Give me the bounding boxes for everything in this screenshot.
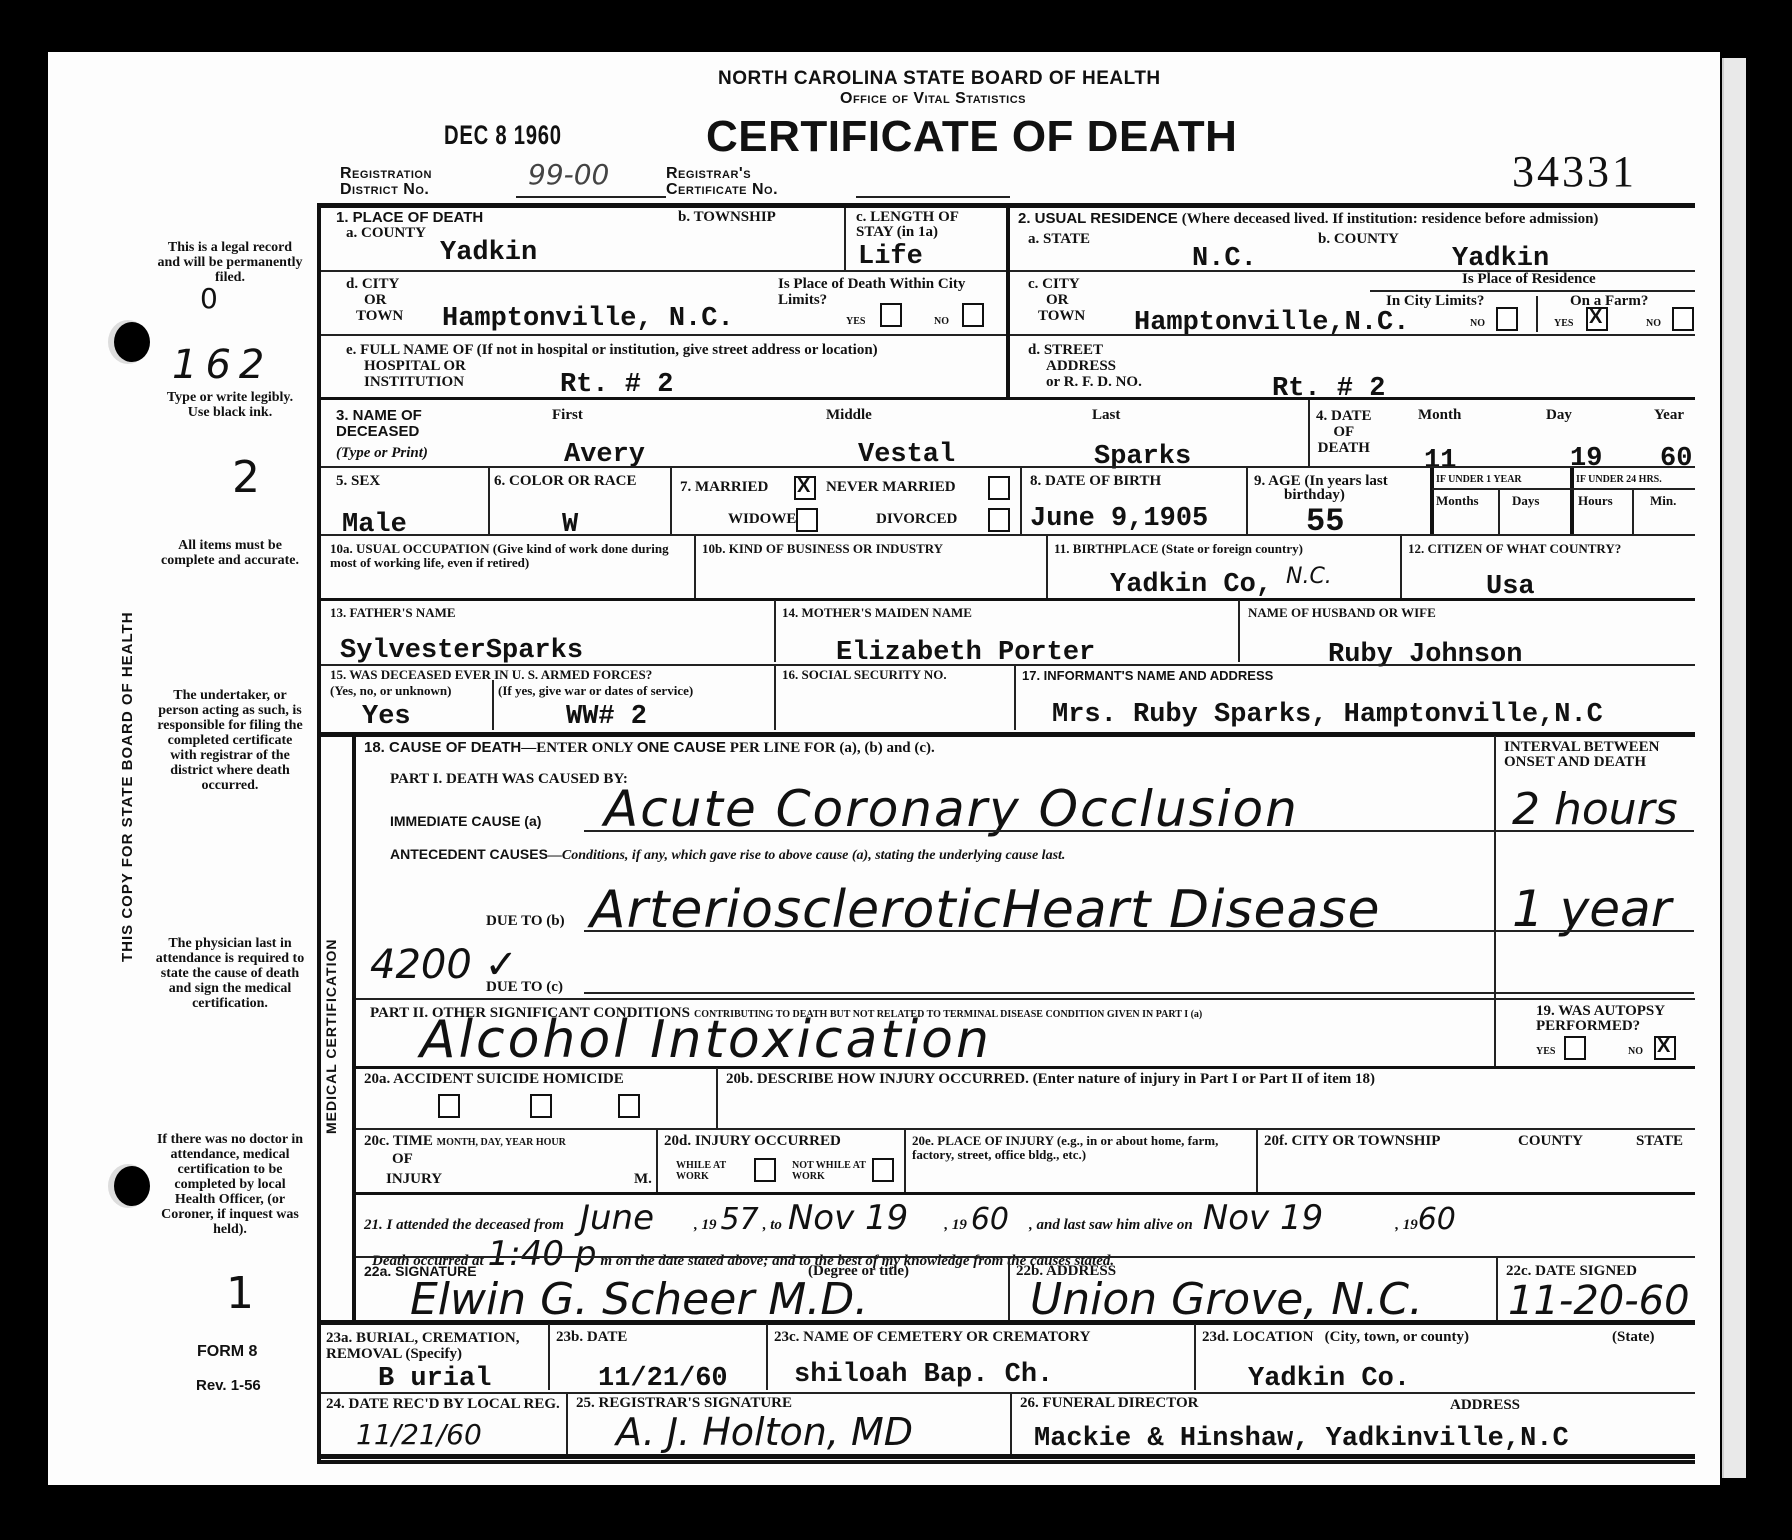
dod-year-label: Year bbox=[1654, 408, 1684, 423]
row-divider bbox=[321, 334, 1006, 336]
divorced-checkbox[interactable] bbox=[988, 508, 1010, 532]
col-divider bbox=[488, 468, 490, 534]
married-checkbox[interactable] bbox=[794, 476, 816, 500]
under-1yr-label: IF UNDER 1 YEAR bbox=[1436, 474, 1522, 485]
widowed-checkbox[interactable] bbox=[796, 508, 818, 532]
months-label: Months bbox=[1436, 494, 1479, 508]
registrar-signature-label: 25. REGISTRAR'S SIGNATURE bbox=[576, 1396, 792, 1411]
row-divider bbox=[356, 1128, 1695, 1130]
col-divider bbox=[1430, 468, 1434, 534]
dod-day-value: 19 bbox=[1570, 446, 1602, 473]
death-city-value: Hamptonville, N.C. bbox=[442, 306, 734, 333]
registration-district-label: Registration District No. bbox=[340, 166, 432, 198]
township-label: b. TOWNSHIP bbox=[678, 210, 776, 225]
date-signed-value: 11-20-60 bbox=[1508, 1278, 1690, 1324]
dob-label: 8. DATE OF BIRTH bbox=[1030, 474, 1161, 489]
punch-hole bbox=[114, 322, 150, 362]
immediate-cause-label: IMMEDIATE CAUSE (a) bbox=[390, 814, 541, 829]
row-divider bbox=[1370, 290, 1695, 292]
armed-forces-sub-label: (Yes, no, or unknown) bbox=[330, 684, 452, 698]
hand-mark-1: 1 bbox=[226, 1268, 254, 1319]
birthplace-label: 11. BIRTHPLACE (State or foreign country… bbox=[1054, 542, 1303, 556]
birthplace-handwritten: N.C. bbox=[1286, 564, 1332, 589]
within-limits-no-checkbox[interactable] bbox=[962, 303, 984, 327]
in-city-no-label: NO bbox=[1470, 318, 1485, 329]
usual-residence-note: (Where deceased lived. If institution: r… bbox=[1182, 211, 1599, 227]
certificate-number: 34331 bbox=[1512, 146, 1637, 197]
row-divider bbox=[356, 1066, 1695, 1069]
on-farm-yes-checkbox[interactable] bbox=[1586, 307, 1608, 331]
physician-address-value: Union Grove, N.C. bbox=[1030, 1274, 1423, 1325]
col-divider bbox=[1498, 490, 1500, 534]
col-divider bbox=[1046, 536, 1048, 598]
injury-time-label-3: OF bbox=[392, 1152, 413, 1167]
cemetery-value: shiloah Bap. Ch. bbox=[794, 1362, 1053, 1389]
birthplace-value: Yadkin Co, bbox=[1110, 572, 1272, 599]
on-farm-no-checkbox[interactable] bbox=[1672, 307, 1694, 331]
age-label-2: birthday) bbox=[1254, 488, 1388, 502]
note-no-doctor: If there was no doctor in attendance, me… bbox=[155, 1132, 305, 1237]
county-label: a. COUNTY bbox=[346, 226, 426, 241]
race-label: 6. COLOR OR RACE bbox=[494, 474, 637, 489]
attended-text-6: , 19 bbox=[1395, 1217, 1418, 1233]
not-while-at-work-checkbox[interactable] bbox=[872, 1158, 894, 1182]
length-of-stay-value: Life bbox=[858, 244, 923, 271]
burial-location-value: Yadkin Co. bbox=[1248, 1366, 1410, 1393]
due-to-b-label: DUE TO (b) bbox=[486, 914, 565, 929]
never-married-label: NEVER MARRIED bbox=[826, 480, 956, 495]
immediate-cause-line bbox=[584, 830, 1694, 832]
due-to-b-line bbox=[584, 930, 1694, 932]
registrar-cert-underline bbox=[856, 196, 1010, 198]
attended-text-4: , 19 bbox=[944, 1217, 967, 1233]
injury-time-label-2: MONTH, DAY, YEAR HOUR bbox=[437, 1137, 566, 1148]
first-name-value: Avery bbox=[564, 442, 645, 469]
cause-header-c: ONE CAUSE bbox=[637, 739, 726, 756]
first-name-label: First bbox=[552, 408, 583, 423]
never-married-checkbox[interactable] bbox=[988, 476, 1010, 500]
col-divider bbox=[1014, 666, 1016, 730]
institution-value: Rt. # 2 bbox=[560, 372, 673, 399]
funeral-director-value: Mackie & Hinshaw, Yadkinville,N.C bbox=[1034, 1426, 1569, 1453]
col-divider bbox=[1496, 1258, 1498, 1320]
injury-occurred-label: 20d. INJURY OCCURRED bbox=[664, 1134, 841, 1149]
row-divider bbox=[1432, 488, 1695, 490]
received-date-stamp: DEC 8 1960 bbox=[444, 120, 562, 151]
autopsy-yes-label: YES bbox=[1536, 1046, 1555, 1057]
interval-label: INTERVAL BETWEEN ONSET AND DEATH bbox=[1504, 740, 1694, 770]
date-received-label: 24. DATE REC'D BY LOCAL REG. bbox=[326, 1396, 564, 1412]
col-divider bbox=[1238, 600, 1240, 662]
row-divider-thick bbox=[317, 397, 1695, 400]
under-24hr-label: IF UNDER 24 HRS. bbox=[1576, 474, 1662, 485]
street-label-1: d. STREET bbox=[1028, 342, 1142, 358]
burial-location-note: (City, town, or county) bbox=[1325, 1329, 1469, 1345]
attended-text-1: 21. I attended the deceased from bbox=[364, 1217, 564, 1233]
mother-value: Elizabeth Porter bbox=[836, 640, 1095, 667]
informant-value: Mrs. Ruby Sparks, Hamptonville,N.C bbox=[1052, 702, 1603, 729]
within-limits-no-label: NO bbox=[934, 316, 949, 327]
injury-place-label: 20e. PLACE OF INJURY (e.g., in or about … bbox=[912, 1134, 1242, 1162]
suicide-checkbox[interactable] bbox=[530, 1094, 552, 1118]
age-value: 55 bbox=[1306, 508, 1344, 535]
ssn-label: 16. SOCIAL SECURITY NO. bbox=[782, 668, 947, 682]
residence-city-value: Hamptonville,N.C. bbox=[1134, 310, 1409, 337]
medical-section-bottom bbox=[317, 1320, 1695, 1325]
institution-label-1: e. FULL NAME OF (If not in hospital or i… bbox=[346, 342, 878, 358]
attended-to-value: Nov 19 bbox=[782, 1198, 944, 1238]
autopsy-label: 19. WAS AUTOPSY PERFORMED? bbox=[1536, 1004, 1686, 1034]
part2-value: Alcohol Intoxication bbox=[420, 1010, 992, 1070]
immediate-interval-value: 2 hours bbox=[1512, 784, 1678, 835]
medical-section-top bbox=[317, 732, 1695, 737]
city-label-1: d. CITY bbox=[346, 276, 403, 292]
dod-divider bbox=[1308, 400, 1310, 466]
interval-column-divider bbox=[1494, 736, 1496, 1036]
date-received-value: 11/21/60 bbox=[356, 1418, 482, 1451]
middle-name-value: Vestal bbox=[858, 442, 955, 469]
res-city-label-1: c. CITY bbox=[1028, 276, 1085, 292]
col-divider bbox=[1400, 536, 1402, 598]
type-or-print-label: (Type or Print) bbox=[336, 446, 428, 461]
registrar-cert-label-line1: Registrar's bbox=[666, 166, 778, 182]
while-at-work-checkbox[interactable] bbox=[754, 1158, 776, 1182]
death-county-value: Yadkin bbox=[440, 240, 537, 267]
dod-year-value: 60 bbox=[1660, 446, 1692, 473]
cause-header-a: 18. CAUSE OF DEATH bbox=[364, 739, 521, 756]
page-title: CERTIFICATE OF DEATH bbox=[706, 112, 1237, 162]
note-physician: The physician last in attendance is requ… bbox=[155, 936, 305, 1011]
col-divider bbox=[1020, 468, 1022, 534]
res-city-label-3: TOWN bbox=[1028, 308, 1085, 324]
attended-from-value: June bbox=[564, 1198, 694, 1238]
dod-month-value: 11 bbox=[1424, 448, 1456, 475]
col-divider bbox=[492, 680, 494, 730]
father-label: 13. FATHER'S NAME bbox=[330, 606, 456, 620]
registrar-cert-label-line2: Certificate No. bbox=[666, 182, 778, 198]
father-value: SylvesterSparks bbox=[340, 638, 583, 665]
due-to-c-label: DUE TO (c) bbox=[486, 980, 563, 995]
col-divider bbox=[774, 600, 776, 662]
divorced-label: DIVORCED bbox=[876, 512, 957, 527]
injury-type-label: 20a. ACCIDENT SUICIDE HOMICIDE bbox=[364, 1072, 624, 1087]
injury-county-label: COUNTY bbox=[1518, 1134, 1583, 1149]
hand-mark-0: 0 bbox=[200, 282, 218, 315]
row-divider bbox=[321, 534, 1695, 536]
registration-underline bbox=[516, 196, 666, 198]
burial-date-label: 23b. DATE bbox=[556, 1330, 627, 1345]
row-divider bbox=[321, 466, 1695, 468]
hand-mark-162: 162 bbox=[172, 342, 272, 388]
medical-band-divider bbox=[352, 732, 356, 1322]
dod-label-2: OF bbox=[1316, 424, 1372, 440]
row-divider bbox=[1010, 334, 1695, 336]
sex-label: 5. SEX bbox=[336, 474, 380, 489]
dod-day-label: Day bbox=[1546, 408, 1572, 423]
agency-name: NORTH CAROLINA STATE BOARD OF HEALTH bbox=[718, 68, 1161, 90]
place-of-residence-label: Is Place of Residence bbox=[1462, 272, 1596, 287]
mother-label: 14. MOTHER'S MAIDEN NAME bbox=[782, 606, 972, 620]
injury-time-m-label: M. bbox=[634, 1172, 652, 1187]
row-divider bbox=[356, 1256, 1695, 1258]
antecedent-note: —Conditions, if any, which gave rise to … bbox=[548, 848, 1066, 863]
on-farm-no-label: NO bbox=[1646, 318, 1661, 329]
attended-text-2: , 19 bbox=[694, 1217, 717, 1233]
residence-county-value: Yadkin bbox=[1452, 246, 1549, 273]
autopsy-yes-checkbox[interactable] bbox=[1564, 1036, 1586, 1060]
note-all-items: All items must be complete and accurate. bbox=[155, 538, 305, 568]
col-divider bbox=[1256, 1130, 1258, 1192]
medical-certification-label: MEDICAL CERTIFICATION bbox=[324, 939, 339, 1134]
registrar-cert-label: Registrar's Certificate No. bbox=[666, 166, 778, 198]
street-label-3: or R. F. D. NO. bbox=[1028, 374, 1142, 390]
citizen-value: Usa bbox=[1486, 574, 1535, 601]
residence-state-label: a. STATE bbox=[1028, 232, 1090, 247]
antecedent-label: ANTECEDENT CAUSES bbox=[390, 846, 548, 862]
age-label-1: 9. AGE (In years last bbox=[1254, 474, 1388, 488]
col-divider bbox=[774, 666, 776, 730]
death-time-value: 1:40 p bbox=[484, 1234, 601, 1274]
vertical-copy-label: THIS COPY FOR STATE BOARD OF HEALTH bbox=[120, 611, 135, 962]
office-name: Office of Vital Statistics bbox=[840, 90, 1026, 108]
industry-label: 10b. KIND OF BUSINESS OR INDUSTRY bbox=[702, 542, 943, 556]
farm-divider bbox=[1536, 296, 1538, 332]
war-service-label: (If yes, give war or dates of service) bbox=[498, 684, 693, 698]
col-divider bbox=[1010, 1394, 1012, 1456]
within-limits-yes-label: YES bbox=[846, 316, 865, 327]
col-divider bbox=[656, 1130, 658, 1192]
res-city-label-2: OR bbox=[1028, 292, 1085, 308]
burial-state-label: (State) bbox=[1612, 1330, 1654, 1345]
col-divider bbox=[766, 1324, 768, 1390]
residence-street-value: Rt. # 2 bbox=[1272, 376, 1385, 403]
hours-label: Hours bbox=[1578, 494, 1613, 508]
registration-label-line1: Registration bbox=[340, 166, 432, 182]
in-city-no-checkbox[interactable] bbox=[1496, 307, 1518, 331]
injury-time-label-1: 20c. TIME bbox=[364, 1133, 433, 1149]
burial-date-value: 11/21/60 bbox=[598, 1366, 728, 1393]
form-bottom-border bbox=[317, 1454, 1695, 1459]
while-at-work-label: WHILE AT WORK bbox=[676, 1160, 750, 1182]
injury-how-label: 20b. DESCRIBE HOW INJURY OCCURRED. (Ente… bbox=[726, 1072, 1375, 1087]
form-revision: Rev. 1-56 bbox=[196, 1378, 261, 1393]
informant-label: 17. INFORMANT'S NAME AND ADDRESS bbox=[1022, 668, 1273, 683]
attended-text-5: , and last saw him alive on bbox=[1029, 1217, 1193, 1233]
injury-city-label: 20f. CITY OR TOWNSHIP bbox=[1264, 1134, 1440, 1149]
last-seen-value: Nov 19 bbox=[1193, 1198, 1395, 1238]
note-type-legibly: Type or write legibly. Use black ink. bbox=[155, 390, 305, 420]
citizen-label: 12. CITIZEN OF WHAT COUNTRY? bbox=[1408, 542, 1621, 556]
attended-text-3: , to bbox=[763, 1217, 782, 1233]
last-seen-year-value: 60 bbox=[1418, 1202, 1456, 1237]
on-farm-label: On a Farm? bbox=[1570, 294, 1648, 309]
col-divider bbox=[1632, 490, 1634, 534]
within-limits-yes-checkbox[interactable] bbox=[880, 303, 902, 327]
registration-district-value: 99-00 bbox=[528, 158, 609, 191]
stay-label-1: c. LENGTH OF bbox=[856, 210, 959, 225]
burial-method-value: B urial bbox=[378, 1366, 491, 1393]
autopsy-no-label: NO bbox=[1628, 1046, 1643, 1057]
in-city-limits-label: In City Limits? bbox=[1386, 294, 1484, 309]
township-stay-divider bbox=[844, 208, 846, 270]
cemetery-label: 23c. NAME OF CEMETERY OR CREMATORY bbox=[774, 1330, 1090, 1345]
funeral-director-label: 26. FUNERAL DIRECTOR bbox=[1020, 1396, 1199, 1411]
col-divider bbox=[1194, 1324, 1196, 1390]
col-divider bbox=[548, 1324, 550, 1390]
note-undertaker: The undertaker, or person acting as such… bbox=[155, 688, 305, 793]
not-while-at-work-label: NOT WHILE AT WORK bbox=[792, 1160, 872, 1182]
middle-name-label: Middle bbox=[826, 408, 872, 423]
row-divider bbox=[321, 664, 1695, 666]
autopsy-divider bbox=[1494, 1000, 1496, 1068]
physician-signature: Elwin G. Scheer M.D. bbox=[410, 1274, 868, 1325]
min-label: Min. bbox=[1650, 494, 1676, 508]
name-label-1: 3. NAME OF bbox=[336, 408, 422, 424]
form-number: FORM 8 bbox=[197, 1344, 257, 1359]
dob-value: June 9,1905 bbox=[1030, 506, 1208, 533]
paper-stack-edge bbox=[1722, 58, 1746, 1478]
col-divider bbox=[716, 1068, 718, 1130]
usual-residence-label: 2. USUAL RESIDENCE bbox=[1018, 210, 1178, 227]
cause-header-d: PER LINE FOR (a), (b) and (c). bbox=[726, 740, 935, 756]
attended-to-year-value: 60 bbox=[967, 1202, 1029, 1237]
city-label-3: TOWN bbox=[346, 308, 403, 324]
part1-label: PART I. DEATH WAS CAUSED BY: bbox=[390, 772, 628, 787]
punch-hole bbox=[114, 1166, 150, 1206]
cause-header-b: —ENTER ONLY bbox=[521, 740, 637, 756]
row-divider bbox=[321, 1392, 1695, 1394]
name-label-2: DECEASED bbox=[336, 424, 422, 440]
funeral-address-label: ADDRESS bbox=[1450, 1398, 1520, 1413]
col-divider bbox=[1246, 468, 1248, 534]
col-divider bbox=[670, 468, 672, 534]
residence-state-value: N.C. bbox=[1192, 246, 1257, 273]
accident-checkbox[interactable] bbox=[438, 1094, 460, 1118]
married-label: 7. MARRIED bbox=[680, 480, 768, 495]
stay-label-2: STAY (in 1a) bbox=[856, 225, 959, 240]
col-divider bbox=[1008, 1258, 1010, 1320]
last-name-label: Last bbox=[1092, 408, 1120, 423]
col-divider bbox=[1570, 468, 1574, 534]
dod-label-3: DEATH bbox=[1316, 440, 1372, 456]
col-divider bbox=[566, 1394, 568, 1456]
row-divider bbox=[321, 598, 1695, 601]
registration-label-line2: District No. bbox=[340, 182, 432, 198]
col-divider bbox=[904, 1130, 906, 1192]
injury-state-label: STATE bbox=[1636, 1134, 1683, 1149]
hand-mark-2: 2 bbox=[232, 452, 260, 503]
dod-month-label: Month bbox=[1418, 408, 1461, 423]
burial-method-label: 23a. BURIAL, CREMATION, REMOVAL (Specify… bbox=[326, 1330, 548, 1362]
date-signed-label: 22c. DATE SIGNED bbox=[1506, 1264, 1637, 1279]
dod-label-1: 4. DATE bbox=[1316, 408, 1372, 424]
city-label-2: OR bbox=[346, 292, 403, 308]
spouse-label: NAME OF HUSBAND OR WIFE bbox=[1248, 606, 1436, 620]
armed-forces-value: Yes bbox=[362, 704, 411, 731]
autopsy-no-checkbox[interactable] bbox=[1654, 1036, 1676, 1060]
homicide-checkbox[interactable] bbox=[618, 1094, 640, 1118]
registrar-signature: A. J. Holton, MD bbox=[616, 1410, 913, 1454]
due-to-c-line bbox=[584, 992, 1694, 994]
section-1-2-divider bbox=[1006, 203, 1010, 400]
note-legal-record: This is a legal record and will be perma… bbox=[155, 240, 305, 285]
occupation-label: 10a. USUAL OCCUPATION (Give kind of work… bbox=[330, 542, 688, 570]
attended-from-year-value: 57 bbox=[717, 1202, 763, 1237]
place-of-death-label: 1. PLACE OF DEATH bbox=[336, 210, 483, 225]
on-farm-yes-label: YES bbox=[1554, 318, 1573, 329]
col-divider bbox=[694, 536, 696, 598]
war-service-value: WW# 2 bbox=[566, 704, 647, 731]
residence-county-label: b. COUNTY bbox=[1318, 232, 1399, 247]
burial-location-label: 23d. LOCATION bbox=[1202, 1329, 1313, 1345]
injury-time-label-4: INJURY bbox=[386, 1172, 442, 1187]
days-label: Days bbox=[1512, 494, 1539, 508]
street-label-2: ADDRESS bbox=[1028, 358, 1142, 374]
row-divider bbox=[356, 1192, 1695, 1195]
